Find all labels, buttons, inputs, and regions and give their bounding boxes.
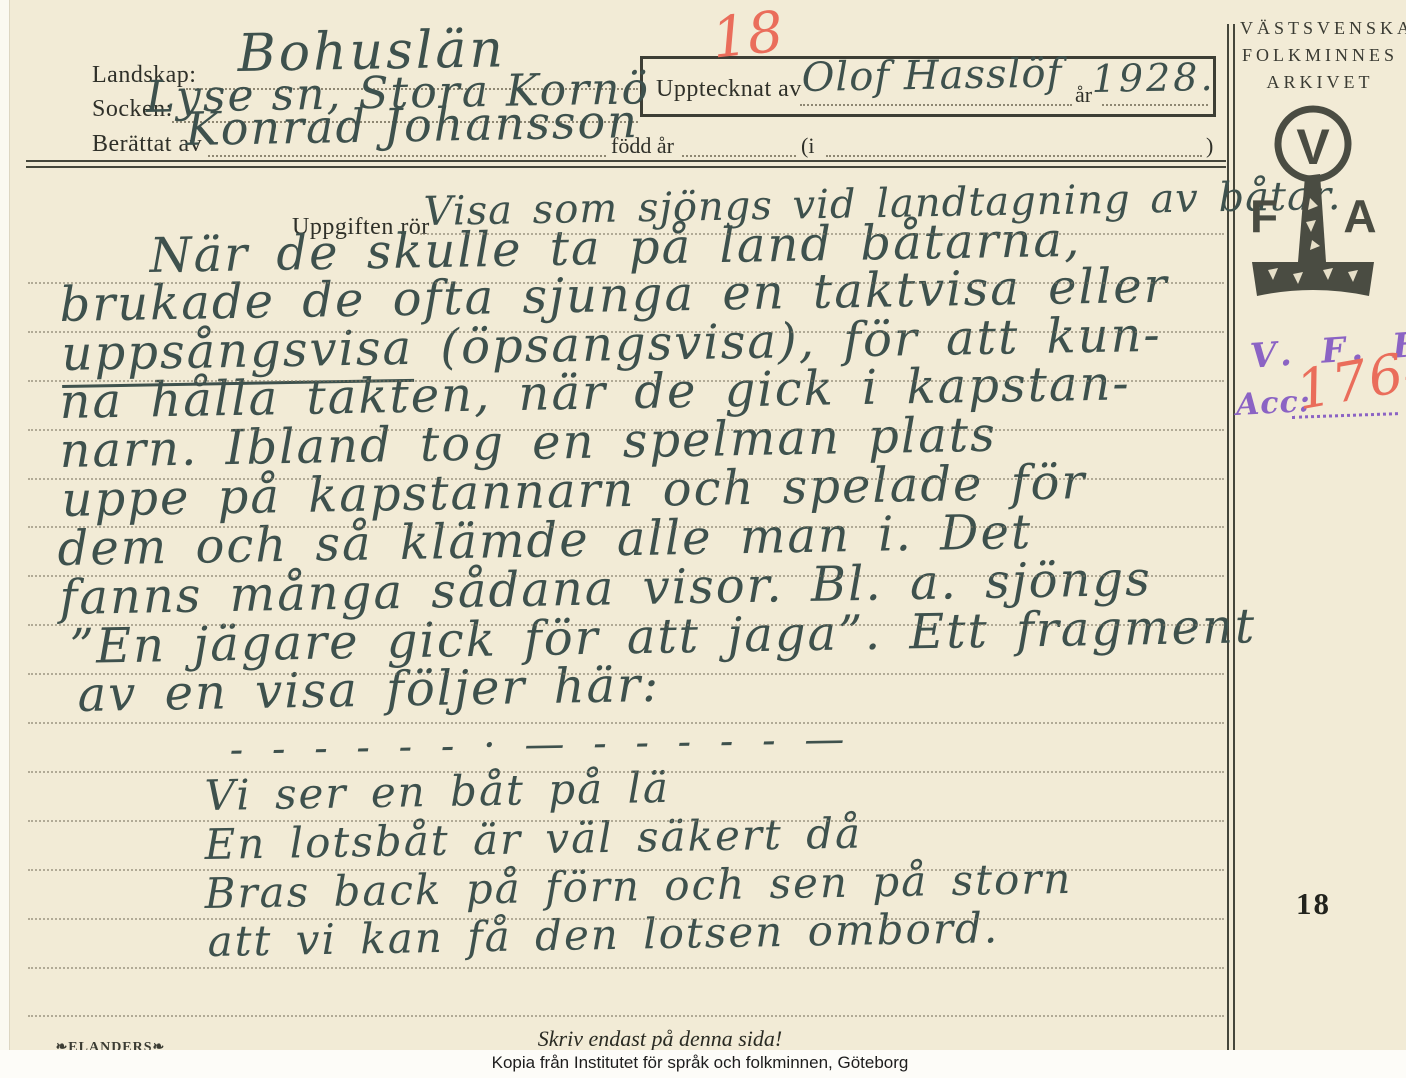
ruled-line [28,575,1224,577]
ruled-line [28,771,1224,773]
ruled-line [28,478,1224,480]
ruled-line [28,526,1224,528]
verse-line: att vi kan få den lotsen ombord. [207,907,999,963]
red-number-top: 18 [709,4,786,67]
footer-instruction: Skriv endast på denna sida! [450,1026,870,1052]
header-divider-top [26,160,1226,162]
ruled-line [28,967,1224,969]
copy-attribution: Kopia från Institutet för språk och folk… [400,1053,1000,1073]
ruled-line [28,282,1224,284]
svg-text:V: V [1296,119,1330,175]
thors-hammer-icon: V F A [1248,102,1378,302]
upptecknat-label: Upptecknat av [656,76,802,103]
ruled-line [28,918,1224,920]
org-name-line1: VÄSTSVENSKA [1240,18,1400,39]
ruled-line [420,233,1224,235]
svg-text:F: F [1250,190,1278,242]
paren-open: (i [801,133,814,159]
ruled-line [28,624,1224,626]
ruled-line [28,820,1224,822]
ruled-line [28,1015,1224,1017]
berattat-value-handwriting: Konrad Johansson [185,98,639,152]
ruled-line [28,673,1224,675]
vfa-logo: V F A [1248,102,1378,302]
page-number: 18 [1296,886,1331,922]
ar-label: år [1075,82,1092,108]
header-divider-bottom [26,166,1226,168]
paren-close: ) [1206,133,1213,159]
upptecknat-value-handwriting: Olof Hasslöf [801,53,1062,98]
svg-text:A: A [1343,190,1376,242]
ar-dotted-line [1102,104,1208,106]
org-name-line2: FOLKMINNES [1240,45,1400,66]
body-line: av en visa följer här: [77,661,660,719]
ruled-line [28,722,1224,724]
verse-line: Vi ser en båt på lä [204,767,670,817]
ruled-line [28,380,1224,382]
berattat-dotted-line [208,155,606,157]
org-name-line3: ARKIVET [1240,72,1400,93]
ar-value-handwriting: 1928. [1091,58,1215,98]
paren-dotted-line [826,155,1202,157]
archive-record-card: Landskap: Socken: Berättat av född år (i… [0,0,1406,1078]
scan-left-edge [0,0,10,1078]
ruled-line [28,331,1224,333]
fodd-ar-dotted-line [682,155,796,157]
handwritten-separator: - - - - - - · — - - - - - — [229,719,852,770]
ruled-line [28,429,1224,431]
upptecknat-dotted-line [800,104,1072,106]
ruled-line [28,869,1224,871]
